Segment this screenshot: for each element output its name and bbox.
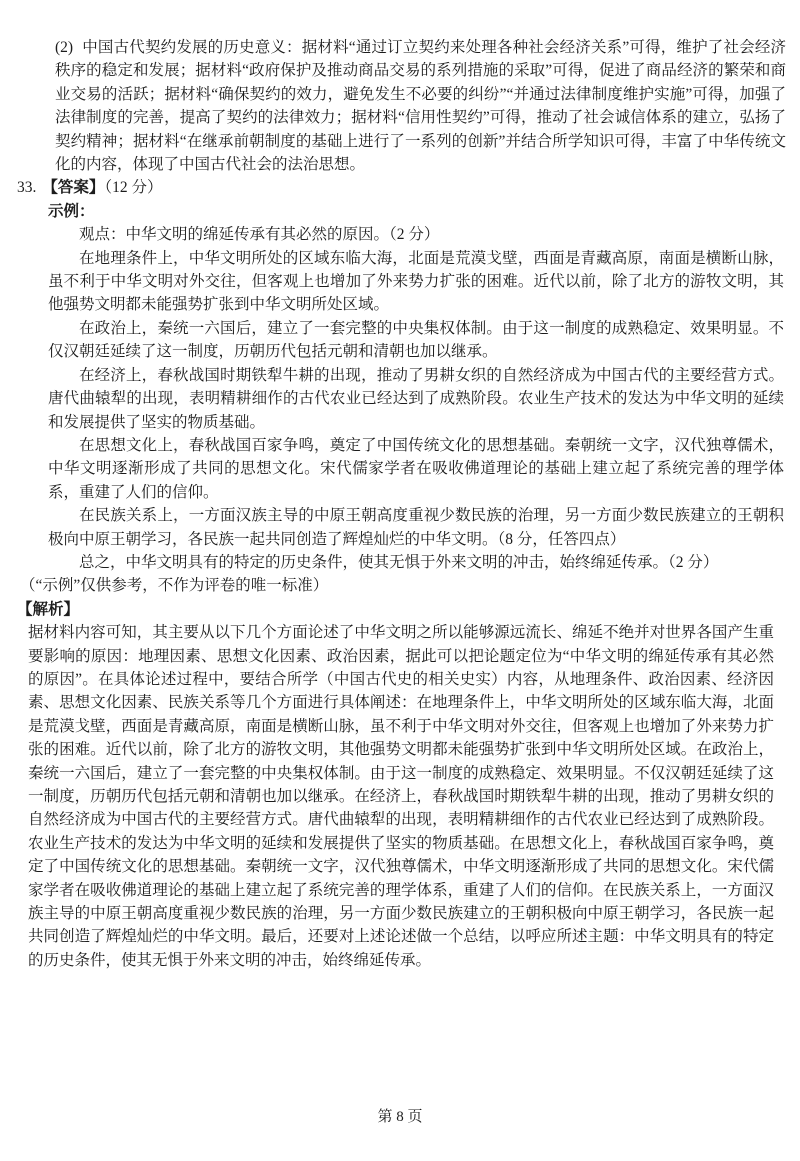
answer-paragraph-economy: 在经济上，春秋战国时期铁犁牛耕的出现，推动了男耕女织的自然经济成为中国古代的主要… [48,364,784,434]
answer-label: 【答案】 [42,179,104,196]
answer-paragraph-ethnic: 在民族关系上，一方面汉族主导的中原王朝高度重视少数民族的治理，另一方面少数民族建… [48,504,784,551]
page-footer: 第 8 页 [0,1106,800,1129]
sub-question-2-label: (2) [55,39,73,56]
example-note: （“示例”仅供参考，不作为评卷的唯一标准） [20,574,786,597]
question-33-section: 33.【答案】（12 分） 示例： 观点：中华文明的绵延传承有其必然的原因。（2… [17,176,786,972]
question-33-heading: 33.【答案】（12 分） [17,176,786,199]
answer-paragraph-geography: 在地理条件上，中华文明所处的区域东临大海，北面是荒漠戈壁，西面是青藏高原，南面是… [48,247,784,317]
analysis-label: 【解析】 [17,598,786,621]
example-label: 示例： [48,200,786,223]
question-number: 33. [17,179,36,196]
answer-body: 观点：中华文明的绵延传承有其必然的原因。（2 分） 在地理条件上，中华文明所处的… [48,223,784,574]
viewpoint-line: 观点：中华文明的绵延传承有其必然的原因。（2 分） [48,223,784,246]
page-number: 第 8 页 [377,1109,422,1125]
answer-32-part2-paragraph: (2)中国古代契约发展的历史意义：据材料“通过订立契约来处理各种社会经济关系”可… [55,36,786,176]
answer-32-section: (2)中国古代契约发展的历史意义：据材料“通过订立契约来处理各种社会经济关系”可… [55,36,786,176]
document-page: (2)中国古代契约发展的历史意义：据材料“通过订立契约来处理各种社会经济关系”可… [0,0,800,1161]
answer-paragraph-culture: 在思想文化上，春秋战国百家争鸣，奠定了中国传统文化的思想基础。秦朝统一文字，汉代… [48,434,784,504]
answer-paragraph-politics: 在政治上，秦统一六国后，建立了一套完整的中央集权体制。由于这一制度的成熟稳定、效… [48,317,784,364]
answer-paragraph-conclusion: 总之，中华文明具有的特定的历史条件，使其无惧于外来文明的冲击，始终绵延传承。（2… [48,551,784,574]
analysis-text: 据材料内容可知，其主要从以下几个方面论述了中华文明之所以能够源远流长、绵延不绝并… [28,621,774,972]
answer-32-part2-text: 中国古代契约发展的历史意义：据材料“通过订立契约来处理各种社会经济关系”可得，维… [55,39,786,173]
answer-score: （12 分） [104,179,162,196]
